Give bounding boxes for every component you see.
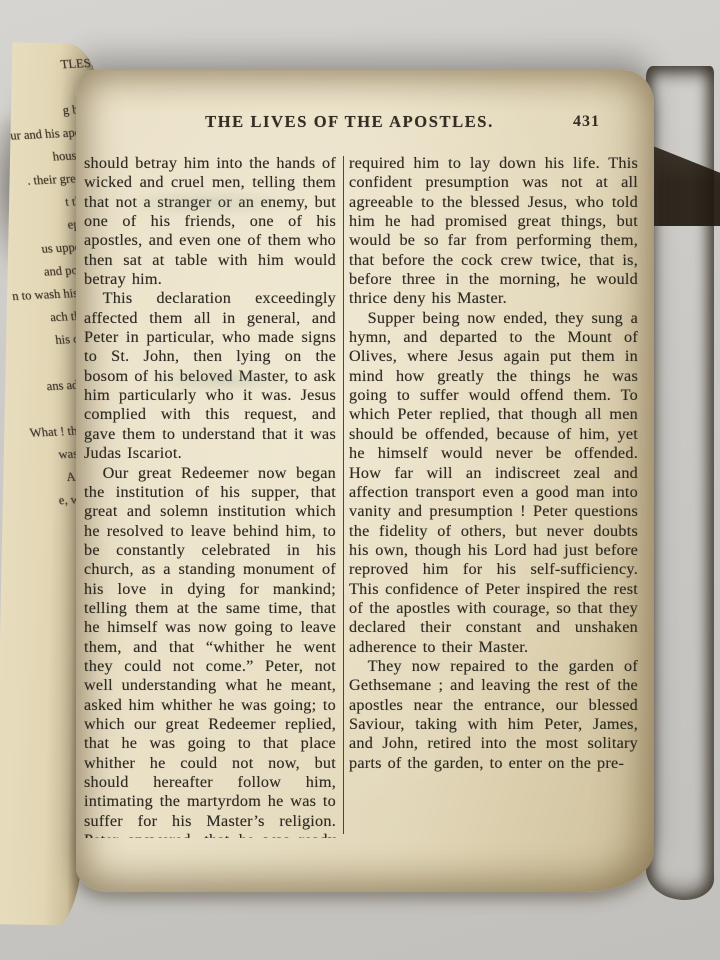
text-column-left: should betray him into the hands of wick…	[84, 154, 336, 838]
page-header: THE LIVES OF THE APOSTLES. 431	[84, 112, 638, 146]
paragraph: They now repaired to the garden of Geths…	[349, 657, 638, 773]
paragraph: should betray him into the hands of wick…	[84, 154, 336, 289]
column-divider	[343, 156, 344, 834]
page-content: THE LIVES OF THE APOSTLES. 431 should be…	[76, 70, 654, 892]
paragraph: Our great Redeemer now began the institu…	[84, 464, 336, 839]
text-column-right: required him to lay down his life. This …	[349, 154, 638, 838]
ghost-smudge	[116, 190, 296, 216]
paragraph: Supper being now ended, they sung a hymn…	[349, 309, 638, 657]
book-page: THE LIVES OF THE APOSTLES. 431 should be…	[76, 70, 654, 892]
text-columns: should betray him into the hands of wick…	[84, 154, 638, 838]
paragraph: required him to lay down his life. This …	[349, 154, 638, 309]
ghost-smudge	[146, 370, 296, 392]
book-photo: TLES. g beingour and his apostleshouse, …	[0, 0, 720, 960]
fore-edge	[646, 66, 714, 900]
page-number: 431	[573, 113, 600, 131]
page-title: THE LIVES OF THE APOSTLES.	[205, 112, 494, 132]
